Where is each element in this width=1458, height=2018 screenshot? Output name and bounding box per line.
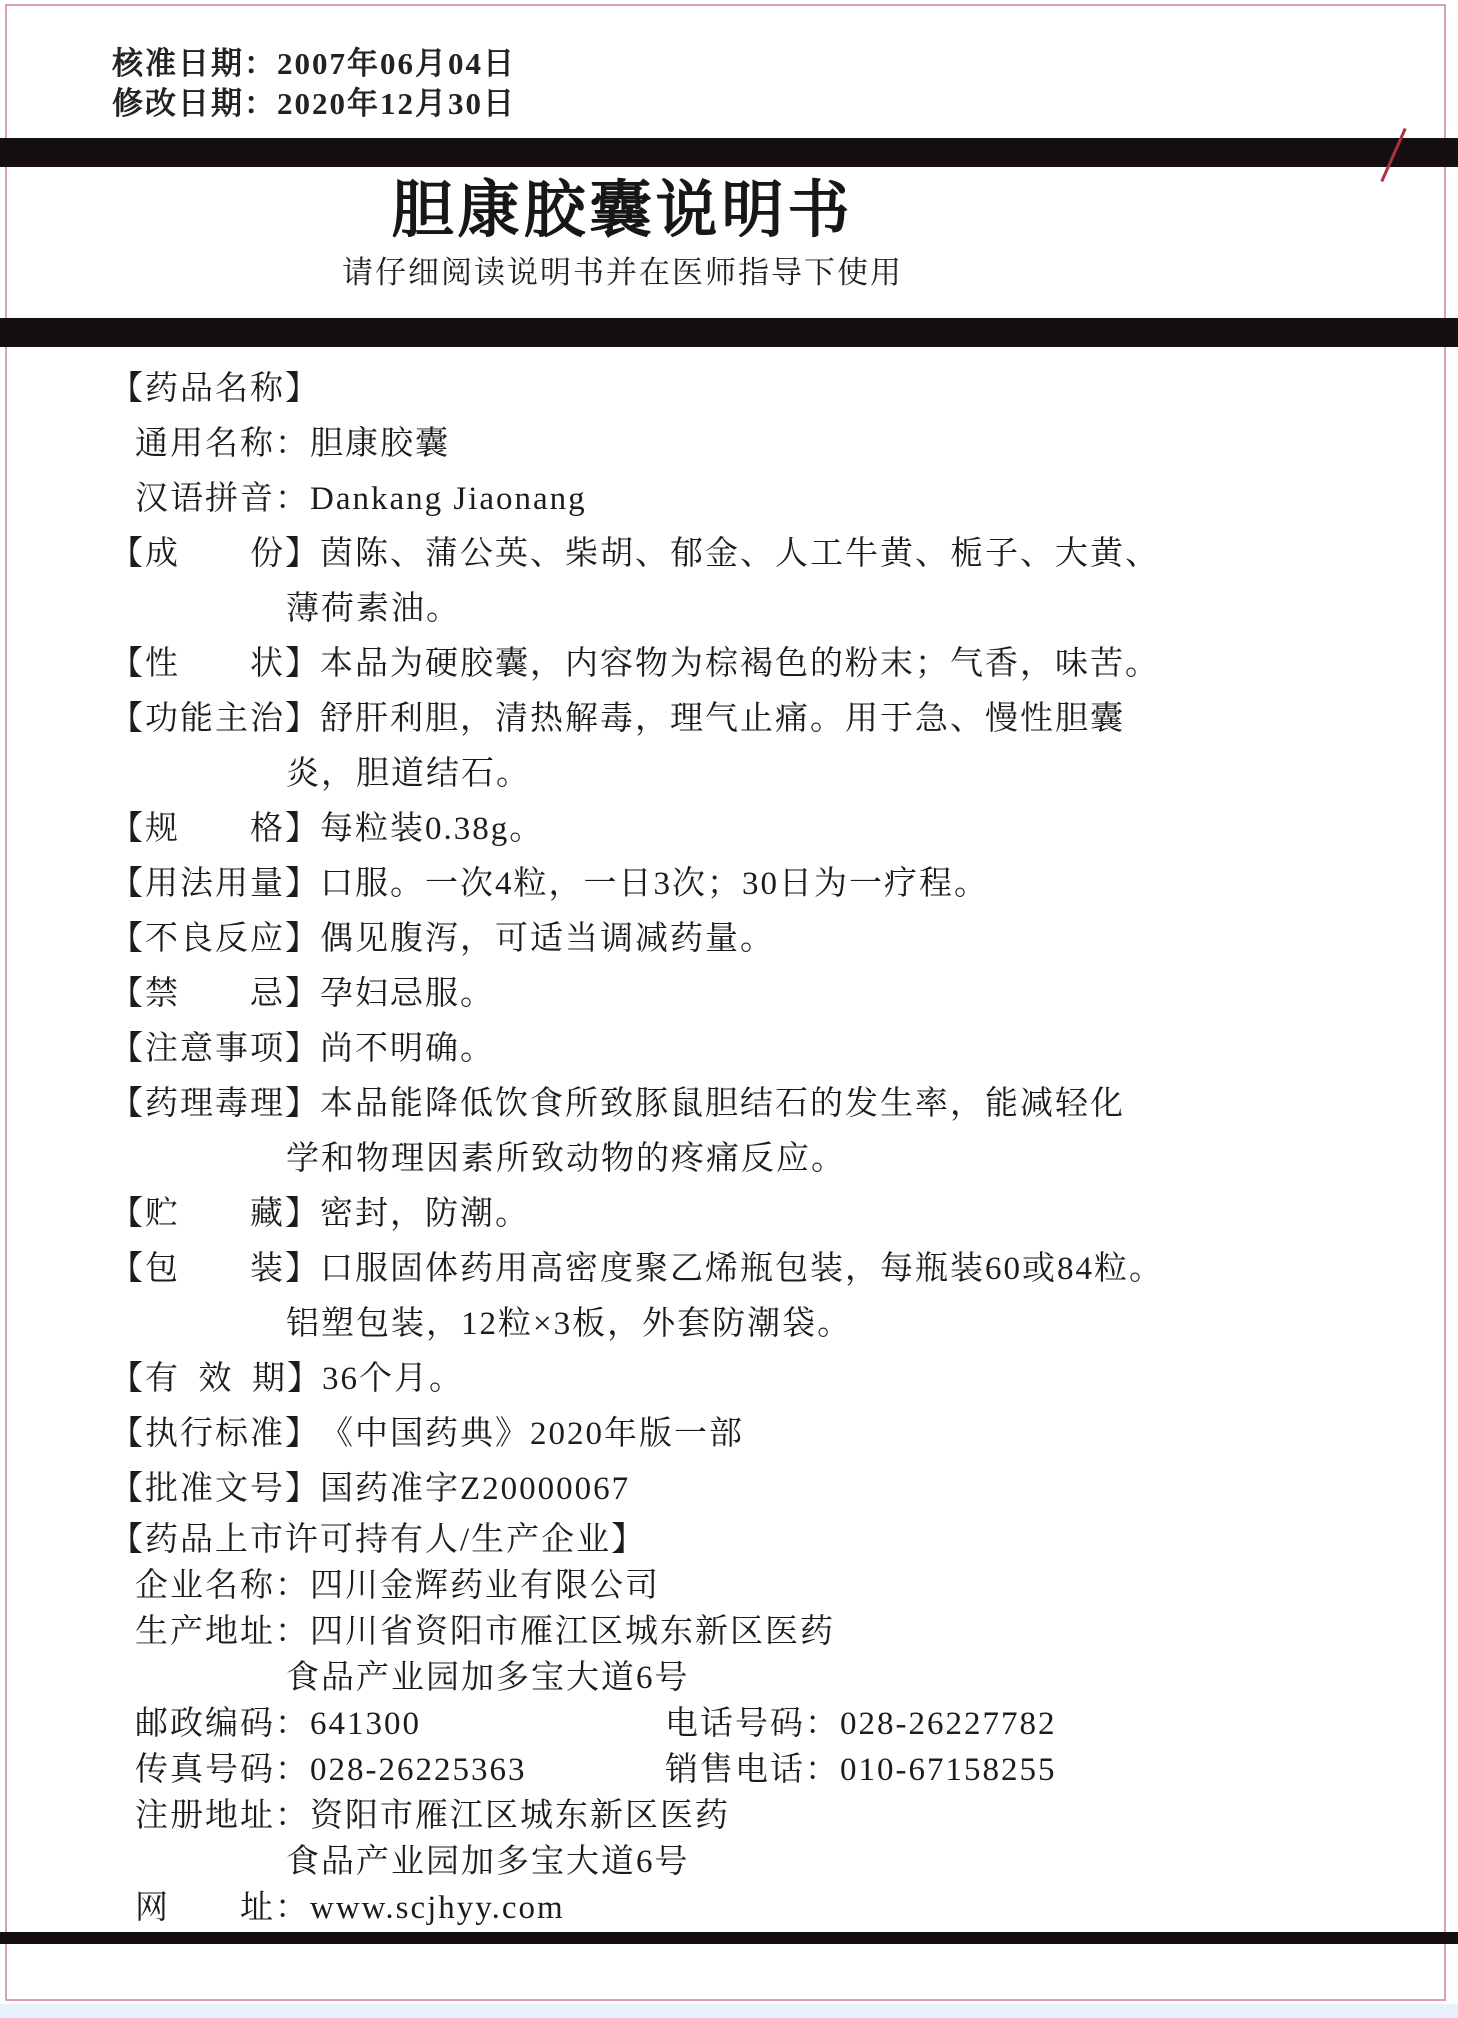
line-text: 汉语拼音：Dankang Jiaonang	[135, 481, 587, 517]
section-text: 本品为硬胶囊，内容物为棕褐色的粉末；气香，味苦。	[320, 646, 1160, 682]
section-drug-name: 【药品名称】	[110, 362, 1418, 417]
postal-phone-line: 邮政编码：641300电话号码：028-26227782	[110, 1701, 1418, 1747]
section-contraindications: 【禁 忌】孕妇忌服。	[110, 967, 1418, 1022]
approval-date-line: 核准日期：2007年06月04日	[112, 44, 516, 84]
line-text: 学和物理因素所致动物的疼痛反应。	[286, 1141, 846, 1177]
line-text: 网 址：www.scjhyy.com	[135, 1890, 565, 1926]
section-label: 【有 效 期】	[110, 1352, 322, 1407]
section-label: 【贮 藏】	[110, 1187, 320, 1242]
functions-cont-line: 炎，胆道结石。	[110, 747, 1418, 802]
section-precautions: 【注意事项】尚不明确。	[110, 1022, 1418, 1077]
revision-date-line: 修改日期：2020年12月30日	[112, 84, 516, 124]
leaflet-title: 胆康胶囊说明书	[0, 160, 1245, 249]
section-text: 36个月。	[322, 1361, 464, 1397]
section-text: 舒肝利胆，清热解毒，理气止痛。用于急、慢性胆囊	[320, 701, 1125, 737]
section-label: 【功能主治】	[110, 692, 320, 747]
section-description: 【性 状】本品为硬胶囊，内容物为棕褐色的粉末；气香，味苦。	[110, 637, 1418, 692]
ingredients-cont-line: 薄荷素油。	[110, 582, 1418, 637]
phone-number: 电话号码：028-26227782	[665, 1701, 1057, 1747]
section-label: 【成 份】	[110, 527, 320, 582]
line-text: 生产地址：四川省资阳市雁江区城东新区医药	[135, 1614, 835, 1650]
section-functions: 【功能主治】舒肝利胆，清热解毒，理气止痛。用于急、慢性胆囊	[110, 692, 1418, 747]
line-text: 企业名称：四川金辉药业有限公司	[135, 1568, 660, 1604]
section-label: 【规 格】	[110, 802, 320, 857]
generic-name-line: 通用名称：胆康胶囊	[110, 417, 1418, 472]
section-text: 茵陈、蒲公英、柴胡、郁金、人工牛黄、栀子、大黄、	[320, 536, 1160, 572]
bottom-scan-strip	[0, 2004, 1458, 2018]
leaflet-subtitle: 请仔细阅读说明书并在医师指导下使用	[0, 247, 1245, 292]
postal-code: 邮政编码：641300	[135, 1701, 665, 1747]
section-text: 国药准字Z20000067	[320, 1471, 630, 1507]
section-storage: 【贮 藏】密封，防潮。	[110, 1187, 1418, 1242]
section-text: 口服固体药用高密度聚乙烯瓶包装，每瓶装60或84粒。	[320, 1251, 1164, 1287]
production-address-line: 生产地址：四川省资阳市雁江区城东新区医药	[110, 1609, 1418, 1655]
section-text: 口服。一次4粒，一日3次；30日为一疗程。	[320, 866, 989, 902]
company-name-line: 企业名称：四川金辉药业有限公司	[110, 1563, 1418, 1609]
fax-number: 传真号码：028-26225363	[135, 1747, 665, 1793]
divider-bar-bottom	[0, 1932, 1458, 1944]
line-text: 通用名称：胆康胶囊	[135, 426, 450, 462]
section-ingredients: 【成 份】茵陈、蒲公英、柴胡、郁金、人工牛黄、栀子、大黄、	[110, 527, 1418, 582]
line-text: 注册地址：资阳市雁江区城东新区医药	[135, 1798, 730, 1834]
registered-address-line: 注册地址：资阳市雁江区城东新区医药	[110, 1793, 1418, 1839]
section-approval-number: 【批准文号】国药准字Z20000067	[110, 1462, 1418, 1517]
section-label: 【禁 忌】	[110, 967, 320, 1022]
section-label: 【包 装】	[110, 1242, 320, 1297]
sales-phone: 销售电话：010-67158255	[665, 1747, 1057, 1793]
date-block: 核准日期：2007年06月04日 修改日期：2020年12月30日	[112, 44, 516, 124]
pinyin-line: 汉语拼音：Dankang Jiaonang	[110, 472, 1418, 527]
section-shelf-life: 【有 效 期】36个月。	[110, 1352, 1418, 1407]
section-packaging: 【包 装】口服固体药用高密度聚乙烯瓶包装，每瓶装60或84粒。	[110, 1242, 1418, 1297]
registered-address-cont-line: 食品产业园加多宝大道6号	[110, 1839, 1418, 1885]
section-text: 偶见腹泻，可适当调减药量。	[320, 921, 775, 957]
section-label: 【执行标准】	[110, 1407, 320, 1462]
section-text: 孕妇忌服。	[320, 976, 495, 1012]
section-text: 《中国药典》2020年版一部	[320, 1416, 744, 1452]
line-text: 炎，胆道结石。	[286, 756, 531, 792]
packaging-cont-line: 铝塑包装，12粒×3板，外套防潮袋。	[110, 1297, 1418, 1352]
section-label: 【批准文号】	[110, 1462, 320, 1517]
leaflet-page: { "meta": { "approved": "核准日期：2007年06月04…	[0, 0, 1458, 2018]
section-text: 尚不明确。	[320, 1031, 495, 1067]
leaflet-body: 【药品名称】 通用名称：胆康胶囊 汉语拼音：Dankang Jiaonang 【…	[110, 362, 1418, 1931]
section-label: 【用法用量】	[110, 857, 320, 912]
production-address-cont-line: 食品产业园加多宝大道6号	[110, 1655, 1418, 1701]
section-text: 每粒装0.38g。	[320, 811, 544, 847]
section-standard: 【执行标准】《中国药典》2020年版一部	[110, 1407, 1418, 1462]
section-adverse-reactions: 【不良反应】偶见腹泻，可适当调减药量。	[110, 912, 1418, 967]
section-text: 本品能降低饮食所致豚鼠胆结石的发生率，能减轻化	[320, 1086, 1125, 1122]
fax-sales-line: 传真号码：028-26225363销售电话：010-67158255	[110, 1747, 1418, 1793]
section-text: 密封，防潮。	[320, 1196, 530, 1232]
pharmacology-cont-line: 学和物理因素所致动物的疼痛反应。	[110, 1132, 1418, 1187]
section-dosage: 【用法用量】口服。一次4粒，一日3次；30日为一疗程。	[110, 857, 1418, 912]
divider-bar-header	[0, 318, 1458, 347]
line-text: 【药品上市许可持有人/生产企业】	[110, 1522, 646, 1558]
section-label: 【性 状】	[110, 637, 320, 692]
section-label: 【药理毒理】	[110, 1077, 320, 1132]
section-label: 【注意事项】	[110, 1022, 320, 1077]
section-license-holder: 【药品上市许可持有人/生产企业】	[110, 1517, 1418, 1563]
section-pharmacology: 【药理毒理】本品能降低饮食所致豚鼠胆结石的发生率，能减轻化	[110, 1077, 1418, 1132]
website-line: 网 址：www.scjhyy.com	[110, 1885, 1418, 1931]
line-text: 食品产业园加多宝大道6号	[286, 1844, 690, 1880]
section-label: 【不良反应】	[110, 912, 320, 967]
line-text: 铝塑包装，12粒×3板，外套防潮袋。	[286, 1306, 852, 1342]
line-text: 食品产业园加多宝大道6号	[286, 1660, 690, 1696]
section-strength: 【规 格】每粒装0.38g。	[110, 802, 1418, 857]
line-text: 薄荷素油。	[286, 591, 461, 627]
section-label: 【药品名称】	[110, 362, 320, 417]
